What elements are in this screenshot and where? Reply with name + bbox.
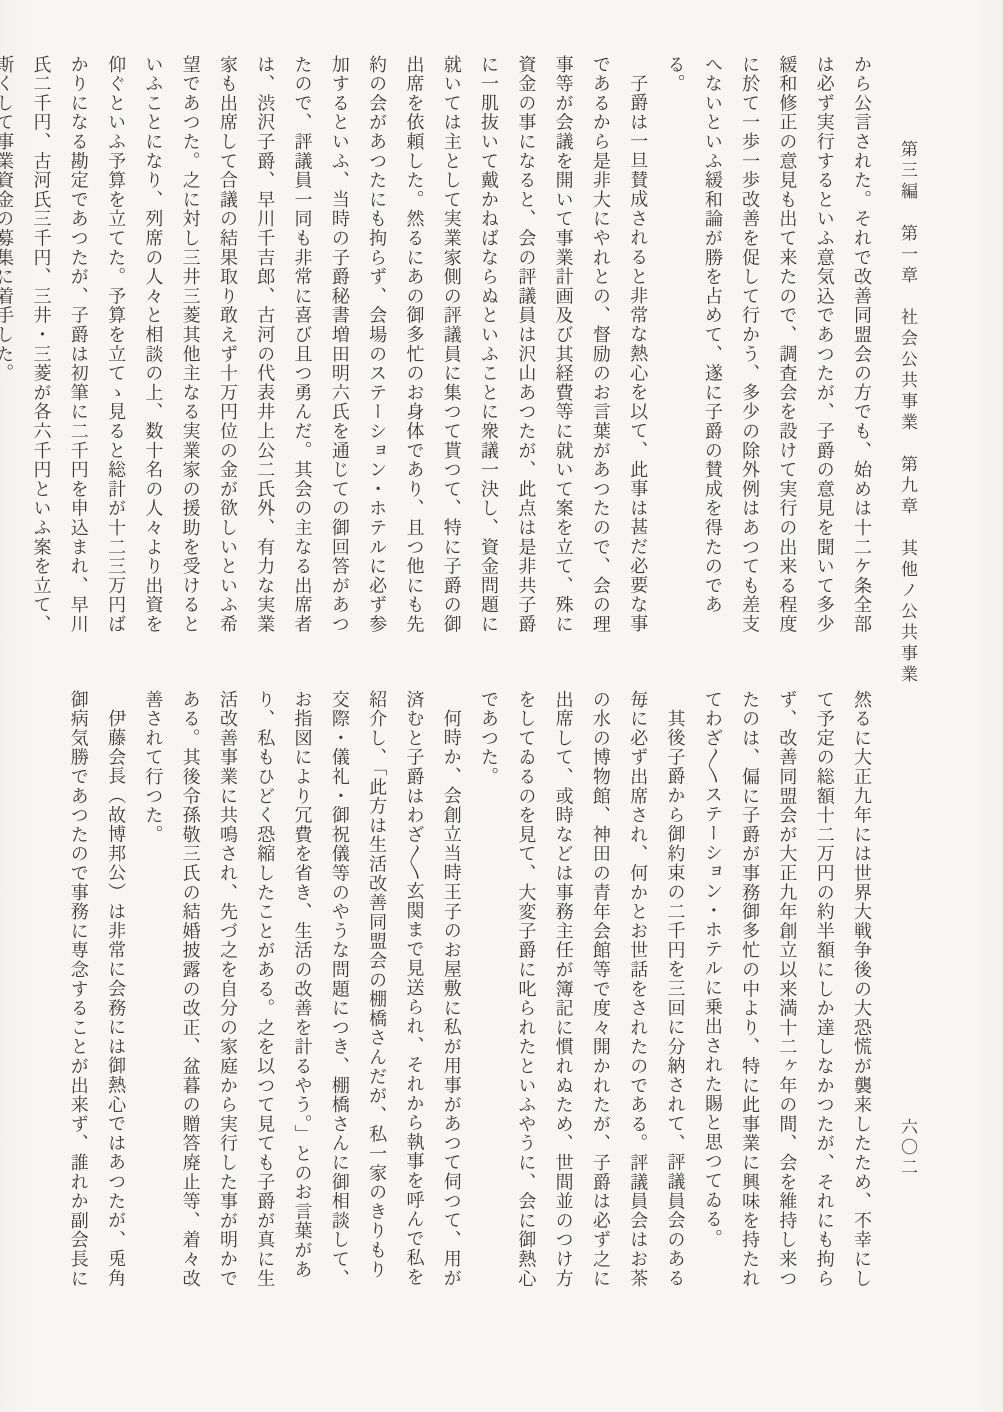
paragraph: 何時か、会創立当時王子のお屋敷に私が用事があつて伺つて、用が済むと子爵はわざ〱玄… <box>134 690 470 1290</box>
paragraph: 子爵は一旦賛成されると非常な熱心を以て、此事は甚だ必要な事であるから是非大にやれ… <box>0 55 656 647</box>
text-block-bottom: 然るに大正九年には世界大戦争後の大恐慌が襲来したため、不幸にして予定の総額十二万… <box>59 690 880 1290</box>
book-page: 第三編 第一章 社会公共事業 第九章 其他ノ公共事業 六〇二 から公言された。そ… <box>0 0 1003 1412</box>
running-head: 第三編 第一章 社会公共事業 第九章 其他ノ公共事業 <box>895 140 920 686</box>
paragraph: 其後子爵から御約束の二千円を三回に分納されて、評議員会のある毎に必ず出席され、何… <box>470 690 694 1290</box>
text-block-top: から公言された。それで改善同盟会の方でも、始めは十二ケ条全部は必ず実行するといふ… <box>0 55 880 647</box>
page-number: 六〇二 <box>895 1118 920 1178</box>
paragraph: 伊藤会長（故博邦公）は非常に会務には御熱心ではあつたが、兎角御病気勝であつたので… <box>59 690 134 1290</box>
paragraph: 然るに大正九年には世界大戦争後の大恐慌が襲来したため、不幸にして予定の総額十二万… <box>694 690 880 1290</box>
paragraph: から公言された。それで改善同盟会の方でも、始めは十二ケ条全部は必ず実行するといふ… <box>656 55 880 647</box>
